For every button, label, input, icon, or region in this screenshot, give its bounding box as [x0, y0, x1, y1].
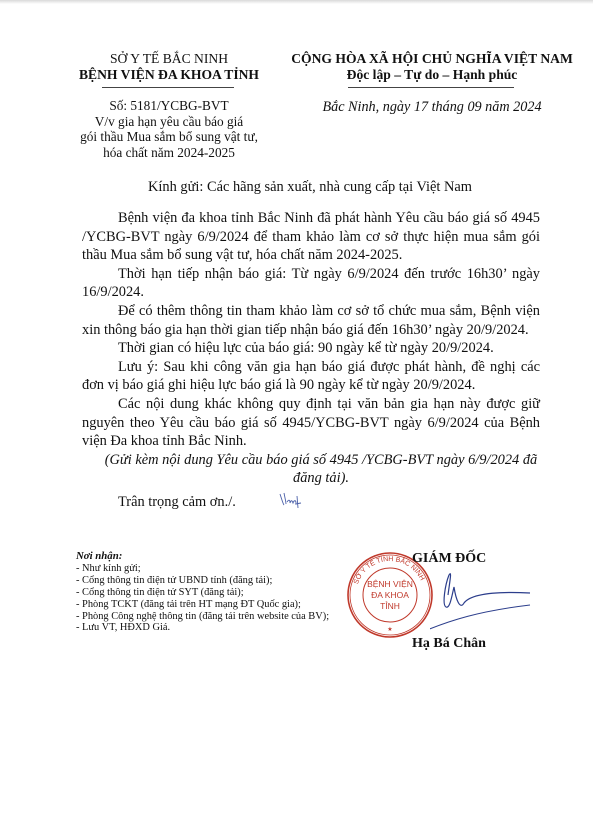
- header-right: CỘNG HÒA XÃ HỘI CHỦ NGHĨA VIỆT NAM Độc l…: [282, 51, 582, 83]
- svg-text:ĐA KHOA: ĐA KHOA: [371, 590, 409, 600]
- recipients-title: Nơi nhận:: [76, 551, 376, 563]
- national-motto: Độc lập – Tự do – Hạnh phúc: [282, 67, 582, 83]
- recipient-item: - Như kính gửi;: [76, 563, 376, 575]
- header-left: SỞ Y TẾ BẮC NINH BỆNH VIỆN ĐA KHOA TỈNH: [58, 51, 280, 83]
- handwritten-signature-icon: [430, 565, 540, 635]
- subject-line: hóa chất năm 2024-2025: [58, 145, 280, 161]
- body-paragraph: Lưu ý: Sau khi công văn gia hạn báo giá …: [82, 358, 540, 395]
- svg-text:BỆNH VIỆN: BỆNH VIỆN: [367, 579, 413, 589]
- recipient-item: - Lưu VT, HĐXD Giá.: [76, 622, 376, 634]
- recipient-item: - Cổng thông tin điện tử UBND tỉnh (đăng…: [76, 575, 376, 587]
- body-paragraph: Các nội dung khác không quy định tại văn…: [82, 395, 540, 451]
- letter-body: Bệnh viện đa khoa tỉnh Bắc Ninh đã phát …: [82, 209, 540, 516]
- signer-name: Hạ Bá Chân: [412, 636, 532, 652]
- body-paragraph: Thời gian có hiệu lực của báo giá: 90 ng…: [82, 339, 540, 358]
- org-parent: SỞ Y TẾ BẮC NINH: [58, 51, 280, 67]
- body-paragraph: Để có thêm thông tin tham khảo làm cơ sở…: [82, 302, 540, 339]
- issue-date: Bắc Ninh, ngày 17 tháng 09 năm 2024: [282, 99, 582, 116]
- body-paragraph: Thời hạn tiếp nhận báo giá: Từ ngày 6/9/…: [82, 265, 540, 302]
- header-left-underline: [102, 87, 234, 88]
- country-name: CỘNG HÒA XÃ HỘI CHỦ NGHĨA VIỆT NAM: [282, 51, 582, 67]
- org-name: BỆNH VIỆN ĐA KHOA TỈNH: [58, 67, 280, 83]
- motto-underline: [348, 87, 514, 88]
- addressee: Kính gửi: Các hãng sản xuất, nhà cung cấ…: [60, 179, 560, 196]
- closing-text: Trân trọng cảm ơn./.: [118, 494, 236, 510]
- page-top-shadow: [0, 0, 593, 4]
- initials-signature-icon: [242, 490, 304, 516]
- subject-line: V/v gia hạn yêu cầu báo giá: [58, 114, 280, 130]
- recipients-list: Nơi nhận: - Như kính gửi; - Cổng thông t…: [76, 551, 376, 634]
- doc-reference: Số: 5181/YCBG-BVT V/v gia hạn yêu cầu bá…: [58, 98, 280, 160]
- closing-line: Trân trọng cảm ơn./.: [82, 490, 540, 516]
- subject-line: gói thầu Mua sắm bổ sung vật tư,: [58, 129, 280, 145]
- recipient-item: - Cổng thông tin điện tử SYT (đăng tải);: [76, 587, 376, 599]
- recipient-item: - Phòng Công nghệ thông tin (đăng tải tr…: [76, 611, 376, 623]
- svg-text:TỈNH: TỈNH: [380, 600, 400, 611]
- svg-text:★: ★: [387, 626, 392, 633]
- body-paragraph: Bệnh viện đa khoa tỉnh Bắc Ninh đã phát …: [82, 209, 540, 265]
- attachment-note: (Gửi kèm nội dung Yêu cầu báo giá số 494…: [82, 451, 540, 488]
- doc-number: Số: 5181/YCBG-BVT: [58, 98, 280, 114]
- recipient-item: - Phòng TCKT (đăng tải trên HT mạng ĐT Q…: [76, 599, 376, 611]
